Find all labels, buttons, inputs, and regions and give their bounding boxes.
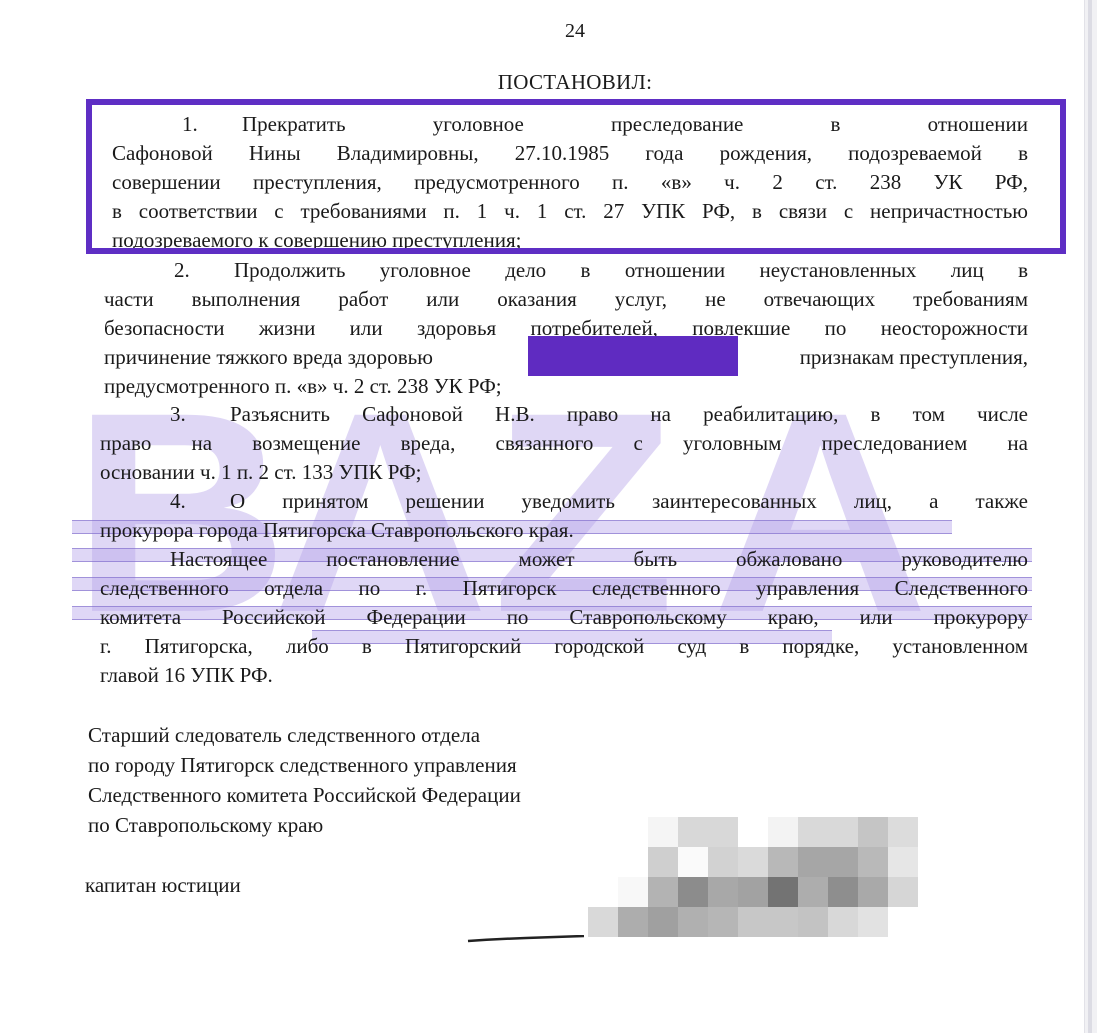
signatory-title: Старший следователь следственного отдела… [88,720,521,840]
decision-item-3: 3.Разъяснить Сафоновой Н.В. право на реа… [100,400,1028,487]
page-number: 24 [0,20,1097,43]
decision-item-1: 1.Прекратить уголовное преследование в о… [112,110,1028,255]
decision-item-2: 2.Продолжить уголовное дело в отношении … [104,256,1028,401]
vertical-scrollbar[interactable] [1084,0,1097,1033]
scrollbar-thumb[interactable] [1088,0,1092,1033]
decision-heading: ПОСТАНОВИЛ: [0,70,1097,95]
item-number: 1. [182,110,242,139]
item-number: 3. [170,400,230,429]
item-number: 4. [170,487,230,516]
signatory-rank: капитан юстиции [85,873,241,898]
document-page: 24 ПОСТАНОВИЛ: B A Z A 1.Прекратить угол… [0,0,1085,1033]
appeal-paragraph: Настоящее постановление может быть обжал… [100,545,1028,690]
redaction-bar [528,336,738,376]
signature-stroke-icon [466,935,586,943]
item-number: 2. [174,256,234,285]
decision-item-4: 4.О принятом решении уведомить заинтерес… [100,487,1028,545]
